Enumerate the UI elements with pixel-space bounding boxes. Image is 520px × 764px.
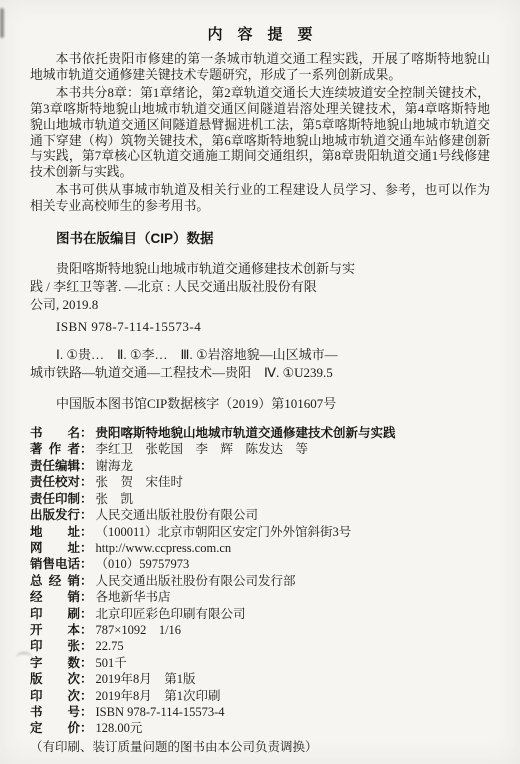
pub-label: 书名 <box>30 425 80 441</box>
cip-isbn-line: ISBN 978-7-114-15573-4 <box>30 318 490 336</box>
cip-record-line-1: 贵阳喀斯特地貌山地城市轨道交通修建技术创新与实 <box>30 260 490 278</box>
pub-label: 总经销 <box>30 573 80 589</box>
pub-colon: ： <box>80 524 93 540</box>
cip-classification-line-2: 城市铁路—轨道交通—工程技术—贵阳 Ⅳ. ①U239.5 <box>30 364 490 382</box>
pub-row-word-count: 字数：501千 <box>30 655 490 671</box>
pub-row-address: 地址：（100011）北京市朝阳区安定门外外馆斜街3号 <box>30 524 490 540</box>
pub-row-authors: 著作者：李红卫 张乾国 李 辉 陈发达 等 <box>30 441 490 457</box>
pub-label: 责任编辑 <box>30 458 80 474</box>
pub-value: 李红卫 张乾国 李 辉 陈发达 等 <box>96 441 309 457</box>
pub-label: 字数 <box>30 655 80 671</box>
pub-value: 北京印匠彩色印刷有限公司 <box>96 606 246 622</box>
summary-paragraph-3: 本书可供从事城市轨道及相关行业的工程建设人员学习、参考，也可以作为相关专业高校师… <box>30 183 490 215</box>
cip-heading: 图书在版编目（CIP）数据 <box>56 230 490 247</box>
pub-colon: ： <box>80 704 93 720</box>
pub-value: 张 凯 <box>96 491 134 507</box>
pub-value: 人民交通出版社股份有限公司发行部 <box>96 573 296 589</box>
pub-label: 销售电话 <box>30 556 80 572</box>
pub-row-printing: 印次：2019年8月 第1次印刷 <box>30 688 490 704</box>
content-summary-title: 内 容 提 要 <box>30 26 490 44</box>
pub-row-price: 定价：128.00元 <box>30 720 490 736</box>
pub-colon: ： <box>80 441 93 457</box>
pub-colon: ： <box>80 622 93 638</box>
pub-value: 贵阳喀斯特地貌山地城市轨道交通修建技术创新与实践 <box>96 425 396 441</box>
pub-row-isbn: 书号：ISBN 978-7-114-15573-4 <box>30 704 490 720</box>
pub-colon: ： <box>80 573 93 589</box>
pub-row-publisher: 出版发行：人民交通出版社股份有限公司 <box>30 507 490 523</box>
pub-colon: ： <box>80 540 93 556</box>
cip-classification: Ⅰ. ①贵… Ⅱ. ①李… Ⅲ. ①岩溶地貌—山区城市— 城市铁路—轨道交通—工… <box>30 346 490 382</box>
pub-value: 128.00元 <box>96 720 143 736</box>
pub-label: 责任印制 <box>30 491 80 507</box>
publication-info-section: 书名：贵阳喀斯特地貌山地城市轨道交通修建技术创新与实践 著作者：李红卫 张乾国 … <box>30 425 490 755</box>
pub-row-sales-phone: 销售电话：（010）59757973 <box>30 556 490 572</box>
cip-record: 贵阳喀斯特地貌山地城市轨道交通修建技术创新与实 践 / 李红卫等著. —北京 :… <box>30 260 490 336</box>
pub-colon: ： <box>80 720 93 736</box>
cip-record-line-2: 践 / 李红卫等著. —北京 : 人民交通出版社股份有限 <box>30 278 490 296</box>
pub-value: 501千 <box>96 655 127 671</box>
pub-label: 地址 <box>30 524 80 540</box>
pub-colon: ： <box>80 655 93 671</box>
cip-record-line-3: 公司, 2019.8 <box>30 296 490 314</box>
pub-row-printer: 印刷：北京印匠彩色印刷有限公司 <box>30 606 490 622</box>
pub-colon: ： <box>80 688 93 704</box>
pub-label: 网址 <box>30 540 80 556</box>
pub-value: 张 贺 宋佳时 <box>96 474 184 490</box>
pub-label: 书号 <box>30 704 80 720</box>
pub-value: （100011）北京市朝阳区安定门外外馆斜街3号 <box>96 524 352 540</box>
scan-artifact <box>0 8 4 38</box>
pub-label: 开本 <box>30 622 80 638</box>
pub-label: 著作者 <box>30 441 80 457</box>
cip-classification-line-1: Ⅰ. ①贵… Ⅱ. ①李… Ⅲ. ①岩溶地貌—山区城市— <box>30 346 490 364</box>
pub-value: （010）59757973 <box>96 556 190 572</box>
pub-row-edition: 版次：2019年8月 第1版 <box>30 671 490 687</box>
pub-row-distributor: 经销：各地新华书店 <box>30 589 490 605</box>
pub-label: 经销 <box>30 589 80 605</box>
pub-value: http://www.ccpress.com.cn <box>96 540 232 556</box>
pub-row-sheets: 印张：22.75 <box>30 638 490 654</box>
pub-value: 各地新华书店 <box>96 589 171 605</box>
quality-exchange-note: （有印刷、装订质量问题的图书由本公司负责调换） <box>30 739 490 755</box>
summary-paragraph-2: 本书共分8章：第1章绪论，第2章轨道交通长大连续坡道安全控制关键技术，第3章喀斯… <box>30 86 490 181</box>
pub-row-proofreaders: 责任校对：张 贺 宋佳时 <box>30 474 490 490</box>
pub-colon: ： <box>80 474 93 490</box>
pub-colon: ： <box>80 671 93 687</box>
scan-artifact <box>16 652 32 664</box>
pub-colon: ： <box>80 491 93 507</box>
pub-label: 印刷 <box>30 606 80 622</box>
pub-label: 出版发行 <box>30 507 80 523</box>
pub-value: 2019年8月 第1次印刷 <box>96 688 221 704</box>
pub-colon: ： <box>80 589 93 605</box>
pub-value: 谢海龙 <box>96 458 134 474</box>
pub-label: 印次 <box>30 688 80 704</box>
pub-colon: ： <box>80 458 93 474</box>
cip-section: 图书在版编目（CIP）数据 贵阳喀斯特地貌山地城市轨道交通修建技术创新与实 践 … <box>30 230 490 413</box>
pub-row-format: 开本：787×1092 1/16 <box>30 622 490 638</box>
pub-value: 22.75 <box>96 638 124 654</box>
pub-label: 责任校对 <box>30 474 80 490</box>
pub-label: 印张 <box>30 638 80 654</box>
pub-colon: ： <box>80 606 93 622</box>
pub-row-general-distributor: 总经销：人民交通出版社股份有限公司发行部 <box>30 573 490 589</box>
pub-value: 人民交通出版社股份有限公司 <box>96 507 259 523</box>
pub-label: 定价 <box>30 720 80 736</box>
pub-label: 版次 <box>30 671 80 687</box>
cip-registry-number: 中国版本图书馆CIP数据核字（2019）第101607号 <box>30 395 490 413</box>
pub-colon: ： <box>80 507 93 523</box>
book-copyright-page: 内 容 提 要 本书依托贵阳市修建的第一条城市轨道交通工程实践，开展了喀斯特地貌… <box>0 0 520 764</box>
pub-colon: ： <box>80 556 93 572</box>
pub-row-website: 网址：http://www.ccpress.com.cn <box>30 540 490 556</box>
pub-colon: ： <box>80 638 93 654</box>
pub-row-print-supervisor: 责任印制：张 凯 <box>30 491 490 507</box>
pub-value: ISBN 978-7-114-15573-4 <box>96 704 225 720</box>
pub-row-book-title: 书名：贵阳喀斯特地貌山地城市轨道交通修建技术创新与实践 <box>30 425 490 441</box>
pub-value: 2019年8月 第1版 <box>96 671 196 687</box>
summary-paragraph-1: 本书依托贵阳市修建的第一条城市轨道交通工程实践，开展了喀斯特地貌山地城市轨道交通… <box>30 52 490 84</box>
pub-colon: ： <box>80 425 93 441</box>
pub-row-editor: 责任编辑：谢海龙 <box>30 458 490 474</box>
content-summary-section: 本书依托贵阳市修建的第一条城市轨道交通工程实践，开展了喀斯特地貌山地城市轨道交通… <box>30 52 490 215</box>
pub-value: 787×1092 1/16 <box>96 622 182 638</box>
